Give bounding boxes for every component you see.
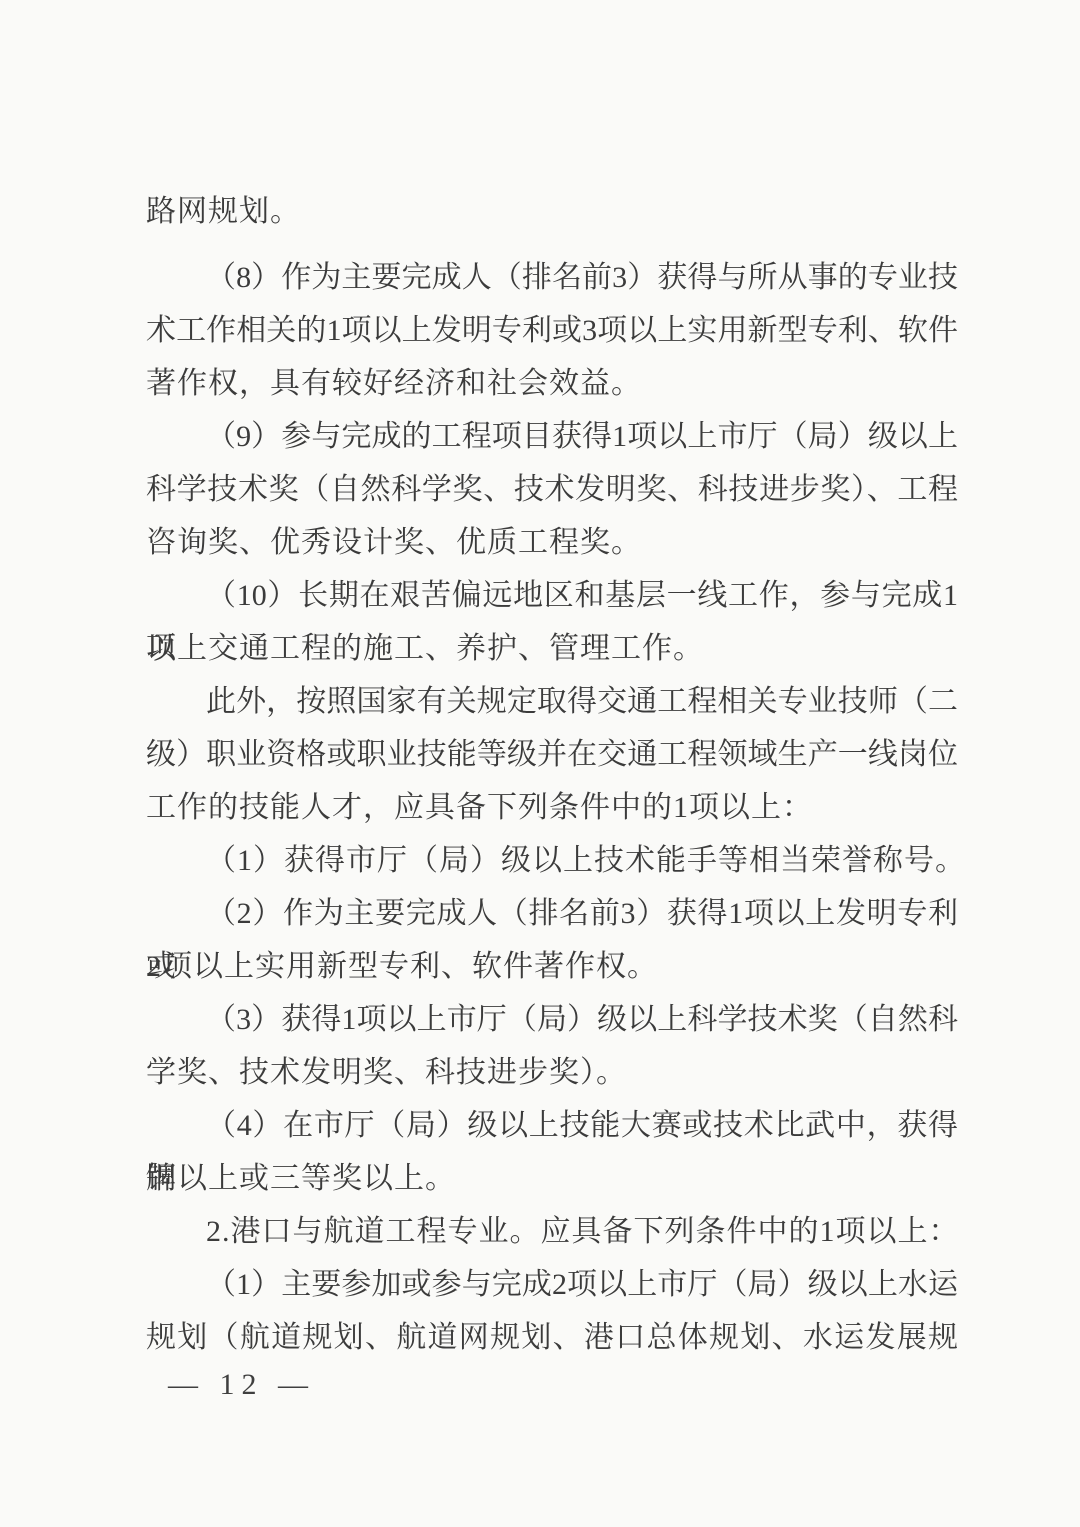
- text-line: （1）主要参加或参与完成2项以上市厅（局）级以上水运: [146, 1258, 958, 1311]
- text-line: 级）职业资格或职业技能等级并在交通工程领域生产一线岗位: [146, 728, 958, 781]
- text-line: 术工作相关的1项以上发明专利或3项以上实用新型专利、软件: [146, 304, 958, 357]
- text-line: 此外，按照国家有关规定取得交通工程相关专业技师（二: [146, 675, 958, 728]
- text-line: 著作权，具有较好经济和社会效益。: [146, 357, 958, 410]
- page-footer: — 12 —: [168, 1364, 315, 1406]
- text-line: （8）作为主要完成人（排名前3）获得与所从事的专业技: [146, 251, 958, 304]
- text-line: 2项以上实用新型专利、软件著作权。: [146, 940, 958, 993]
- page-number: — 12 —: [168, 1368, 315, 1401]
- text-line: 规划（航道规划、航道网规划、港口总体规划、水运发展规: [146, 1311, 958, 1364]
- text-line: （3）获得1项以上市厅（局）级以上科学技术奖（自然科: [146, 993, 958, 1046]
- text-line: 学奖、技术发明奖、科技进步奖）。: [146, 1046, 958, 1099]
- text-line: （4）在市厅（局）级以上技能大赛或技术比武中，获得铜: [146, 1099, 958, 1152]
- text-line: 科学技术奖（自然科学奖、技术发明奖、科技进步奖）、工程: [146, 463, 958, 516]
- text-line: 2.港口与航道工程专业。应具备下列条件中的1项以上：: [146, 1205, 958, 1258]
- document-body: 路网规划。（8）作为主要完成人（排名前3）获得与所从事的专业技术工作相关的1项以…: [146, 185, 958, 1364]
- text-line: （2）作为主要完成人（排名前3）获得1项以上发明专利或: [146, 887, 958, 940]
- text-line: （9）参与完成的工程项目获得1项以上市厅（局）级以上: [146, 410, 958, 463]
- text-line: 牌以上或三等奖以上。: [146, 1152, 958, 1205]
- document-page: 路网规划。（8）作为主要完成人（排名前3）获得与所从事的专业技术工作相关的1项以…: [0, 0, 1080, 1527]
- text-line: 工作的技能人才，应具备下列条件中的1项以上：: [146, 781, 958, 834]
- text-line: 路网规划。: [146, 185, 958, 238]
- text-line: 以上交通工程的施工、养护、管理工作。: [146, 622, 958, 675]
- text-line: （10）长期在艰苦偏远地区和基层一线工作，参与完成1项: [146, 569, 958, 622]
- text-line: （1）获得市厅（局）级以上技术能手等相当荣誉称号。: [146, 834, 958, 887]
- text-line: 咨询奖、优秀设计奖、优质工程奖。: [146, 516, 958, 569]
